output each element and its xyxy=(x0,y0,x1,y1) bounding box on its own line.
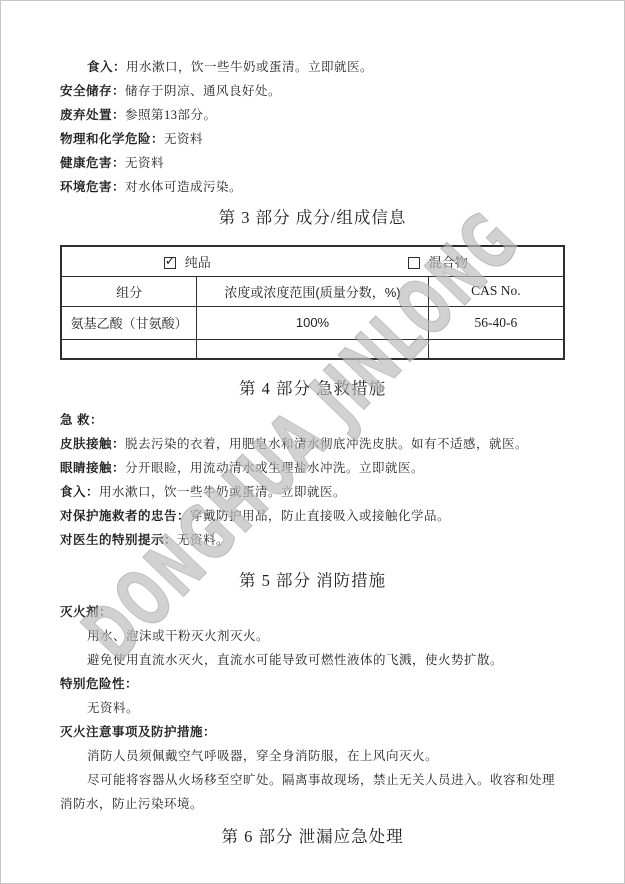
line-text: 消防人员须佩戴空气呼吸器，穿全身消防服，在上风向灭火。 xyxy=(87,749,438,763)
line-text: 无资料。 xyxy=(177,533,229,547)
cell-cas xyxy=(428,339,564,359)
line-text: 无资料 xyxy=(164,132,203,146)
line-text: 无资料 xyxy=(125,156,164,170)
line-label: 安全储存： xyxy=(60,84,125,98)
checkbox-checked-icon: ✓ xyxy=(164,257,176,269)
text-line: 避免使用直流水灭火，直流水可能导致可燃性液体的飞溅，使火势扩散。 xyxy=(60,648,565,672)
text-line: 健康危害：无资料 xyxy=(60,151,565,175)
text-line: 急 救： xyxy=(60,408,565,432)
line-label: 健康危害： xyxy=(60,156,125,170)
text-line: 食入：用水漱口，饮一些牛奶或蛋清。立即就医。 xyxy=(60,55,565,79)
header-cas: CAS No. xyxy=(428,276,564,306)
line-text: 分开眼睑，用流动清水或生理盐水冲洗。立即就医。 xyxy=(125,461,424,475)
line-label: 废弃处置： xyxy=(60,108,125,122)
text-line: 灭火注意事项及防护措施： xyxy=(60,720,565,744)
pure-label: 纯品 xyxy=(185,255,211,270)
section-4-title: 第 4 部分 急救措施 xyxy=(60,376,565,402)
section-3-title: 第 3 部分 成分/组成信息 xyxy=(60,205,565,231)
text-line: 灭火剂： xyxy=(60,600,565,624)
composition-table: ✓纯品 混合物 组分 浓度或浓度范围(质量分数，%) CAS No. 氨基乙酸 xyxy=(60,245,565,360)
text-line: 废弃处置：参照第13部分。 xyxy=(60,103,565,127)
text-line: 用水、泡沫或干粉灭火剂灭火。 xyxy=(60,624,565,648)
table-header-row: 组分 浓度或浓度范围(质量分数，%) CAS No. xyxy=(61,276,564,306)
header-concentration: 浓度或浓度范围(质量分数，%) xyxy=(197,276,428,306)
line-text: 避免使用直流水灭火，直流水可能导致可燃性液体的飞溅，使火势扩散。 xyxy=(87,653,503,667)
cell-cas: 56-40-6 xyxy=(428,306,564,339)
line-label: 眼睛接触： xyxy=(60,461,125,475)
text-line: 环境危害：对水体可造成污染。 xyxy=(60,175,565,199)
text-line: 特别危险性： xyxy=(60,672,565,696)
text-line: 对医生的特别提示：无资料。 xyxy=(60,528,565,552)
line-text: 用水漱口，饮一些牛奶或蛋清。立即就医。 xyxy=(99,485,346,499)
cell-component: 氨基乙酸（甘氨酸） xyxy=(61,306,197,339)
line-text: 脱去污染的衣着，用肥皂水和清水彻底冲洗皮肤。如有不适感，就医。 xyxy=(125,437,528,451)
line-label: 皮肤接触： xyxy=(60,437,125,451)
line-text: 尽可能将容器从火场移至空旷处。隔离事故现场，禁止无关人员进入。收容和处理消防水，… xyxy=(60,773,555,811)
line-text: 参照第13部分。 xyxy=(125,108,217,122)
table-row: 氨基乙酸（甘氨酸） 100% 56-40-6 xyxy=(61,306,564,339)
line-text: 无资料。 xyxy=(87,701,139,715)
text-line: 眼睛接触：分开眼睑，用流动清水或生理盐水冲洗。立即就医。 xyxy=(60,456,565,480)
checkbox-row: ✓纯品 混合物 xyxy=(61,246,564,276)
mixture-label: 混合物 xyxy=(429,255,468,270)
line-label: 食入： xyxy=(60,485,99,499)
section-6-title: 第 6 部分 泄漏应急处理 xyxy=(60,824,565,850)
text-line: 皮肤接触：脱去污染的衣着，用肥皂水和清水彻底冲洗皮肤。如有不适感，就医。 xyxy=(60,432,565,456)
line-text: 对水体可造成污染。 xyxy=(125,180,242,194)
line-text: 储存于阴凉、通风良好处。 xyxy=(125,84,281,98)
text-line: 安全储存：储存于阴凉、通风良好处。 xyxy=(60,79,565,103)
msds-document-page: DONGHUA JINLONG 食入：用水漱口，饮一些牛奶或蛋清。立即就医。 安… xyxy=(0,0,625,884)
line-label: 灭火剂： xyxy=(60,605,112,619)
mixture-option: 混合物 xyxy=(313,252,564,271)
line-label: 食入： xyxy=(87,60,126,74)
line-label: 环境危害： xyxy=(60,180,125,194)
text-line: 食入：用水漱口，饮一些牛奶或蛋清。立即就医。 xyxy=(60,480,565,504)
header-component: 组分 xyxy=(61,276,197,306)
document-content: 食入：用水漱口，饮一些牛奶或蛋清。立即就医。 安全储存：储存于阴凉、通风良好处。… xyxy=(1,1,624,850)
cell-concentration xyxy=(197,339,428,359)
cell-concentration: 100% xyxy=(197,306,428,339)
pure-option: ✓纯品 xyxy=(62,252,313,271)
line-label: 物理和化学危险： xyxy=(60,132,164,146)
text-line: 尽可能将容器从火场移至空旷处。隔离事故现场，禁止无关人员进入。收容和处理消防水，… xyxy=(60,768,565,816)
line-text: 用水、泡沫或干粉灭火剂灭火。 xyxy=(87,629,269,643)
text-line: 对保护施救者的忠告：穿戴防护用品，防止直接吸入或接触化学品。 xyxy=(60,504,565,528)
line-label: 急 救： xyxy=(60,413,103,427)
line-label: 对保护施救者的忠告： xyxy=(60,509,190,523)
section-5-title: 第 5 部分 消防措施 xyxy=(60,568,565,594)
text-line: 物理和化学危险：无资料 xyxy=(60,127,565,151)
text-line: 消防人员须佩戴空气呼吸器，穿全身消防服，在上风向灭火。 xyxy=(60,744,565,768)
text-line: 无资料。 xyxy=(60,696,565,720)
line-label: 对医生的特别提示： xyxy=(60,533,177,547)
cell-component xyxy=(61,339,197,359)
checkbox-unchecked-icon xyxy=(408,257,420,269)
line-text: 穿戴防护用品，防止直接吸入或接触化学品。 xyxy=(190,509,450,523)
line-label: 特别危险性： xyxy=(60,677,138,691)
line-text: 用水漱口，饮一些牛奶或蛋清。立即就医。 xyxy=(126,60,373,74)
line-label: 灭火注意事项及防护措施： xyxy=(60,725,216,739)
table-row-empty xyxy=(61,339,564,359)
